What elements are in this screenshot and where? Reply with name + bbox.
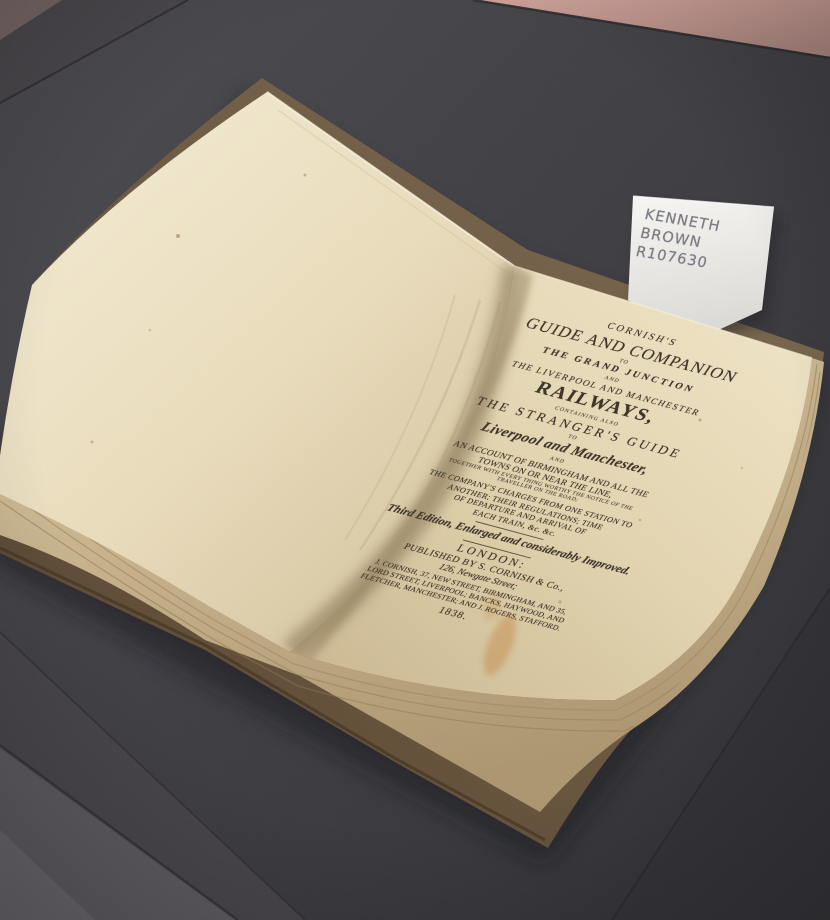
photo-canvas bbox=[0, 0, 830, 920]
photo-open-book-scene: CORNISH'S GUIDE AND COMPANION TO THE GRA… bbox=[0, 0, 830, 920]
vignette-overlay bbox=[0, 0, 830, 920]
